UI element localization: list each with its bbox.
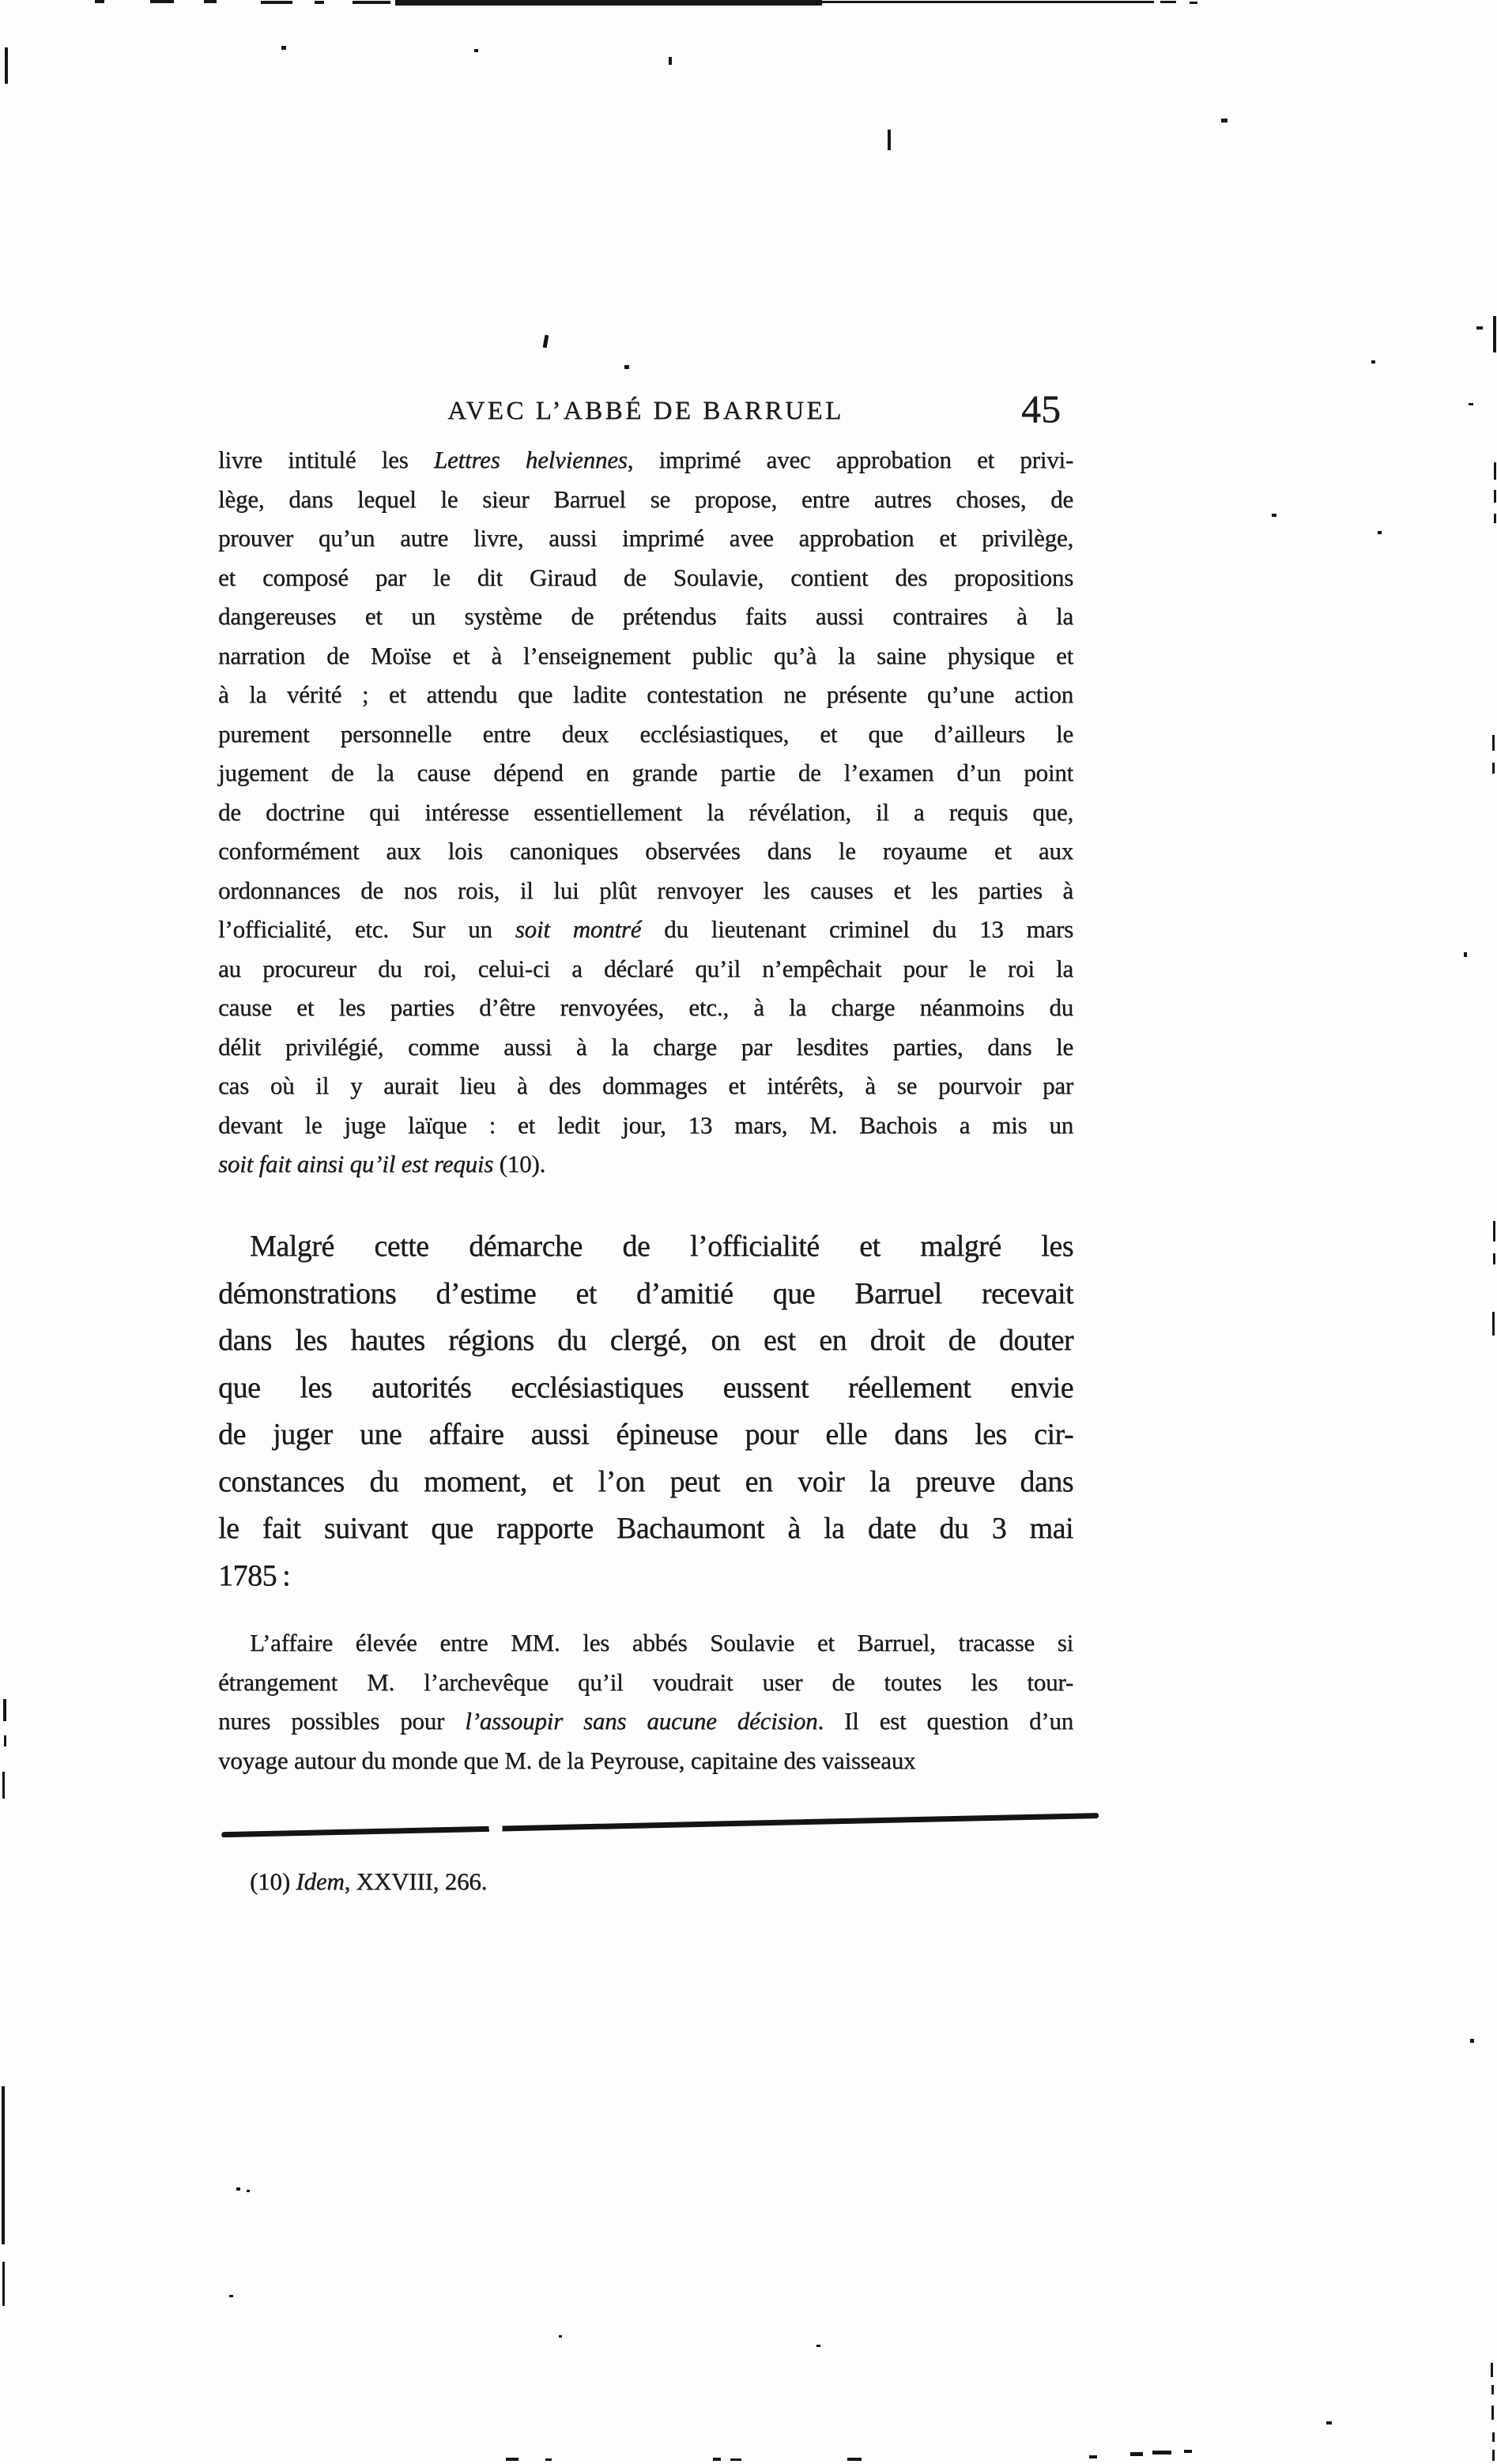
scan-speck (506, 2458, 518, 2461)
text-line: délit privilégié, comme aussi à la charg… (218, 1027, 1073, 1067)
scan-speck (2, 1772, 5, 1799)
scan-speck (888, 130, 891, 150)
text-line: le fait suivant que rapporte Bachaumont … (218, 1505, 1073, 1553)
scan-speck (229, 2295, 233, 2297)
text-line: lège, dans lequel le sieur Barruel se pr… (218, 480, 1073, 519)
scan-speck (730, 2458, 741, 2461)
scan-speck (204, 0, 217, 3)
scan-speck (1491, 2385, 1494, 2394)
scan-speck (4, 1735, 6, 1746)
text-line: dangereuses et un système de prétendus f… (218, 597, 1073, 636)
scan-speck (1476, 326, 1483, 330)
scan-speck (847, 2458, 862, 2461)
scan-speck (395, 0, 822, 6)
scan-speck (5, 47, 8, 84)
main-paragraph: Malgré cette démarche de l’officialité e… (218, 1223, 1073, 1599)
scan-speck (1371, 360, 1375, 364)
footnote-separator (221, 1813, 1099, 1837)
text-line: de juger une affaire aussi épineuse pour… (218, 1411, 1073, 1459)
text-line: conformément aux lois canoniques observé… (218, 831, 1073, 871)
scan-speck (315, 1, 324, 4)
quoted-passage-1: livre intitulé les Lettres helviennes, i… (218, 440, 1073, 1184)
scan-speck (261, 1, 292, 4)
scan-speck (559, 2335, 562, 2338)
scan-speck (1492, 2450, 1495, 2461)
text-line: au procureur du roi, celui-ci a déclaré … (218, 949, 1073, 989)
text-line: cas où il y aurait lieu à des dommages e… (218, 1066, 1073, 1106)
text-line: 1785 : (218, 1553, 1073, 1600)
scan-speck (1491, 2406, 1494, 2420)
scan-speck (1492, 763, 1495, 774)
text-line: prouver qu’un autre livre, aussi imprimé… (218, 518, 1073, 558)
scan-speck (545, 2458, 552, 2461)
scan-speck (247, 2190, 250, 2192)
text-line: dans les hautes régions du clergé, on es… (218, 1317, 1073, 1365)
text-line: (10) Idem, XXVIII, 266. (218, 1862, 1073, 1901)
footnote: (10) Idem, XXVIII, 266. (218, 1862, 1073, 1901)
text-line: ordonnances de nos rois, il lui plût ren… (218, 871, 1073, 910)
scan-speck (1378, 531, 1382, 534)
text-line: voyage autour du monde que M. de la Peyr… (218, 1741, 1073, 1780)
text-line: livre intitulé les Lettres helviennes, i… (218, 440, 1073, 480)
text-line: devant le juge laïque : et ledit jour, 1… (218, 1106, 1073, 1145)
scan-speck (543, 335, 549, 349)
scan-speck (1326, 2421, 1332, 2424)
text-line: soit fait ainsi qu’il est requis (10). (218, 1144, 1073, 1184)
text-line: narration de Moïse et à l’enseignement p… (218, 636, 1073, 676)
scan-speck (281, 46, 286, 50)
scan-speck (1492, 1312, 1495, 1336)
text-line: Malgré cette démarche de l’officialité e… (218, 1223, 1073, 1271)
text-line: l’officialité, etc. Sur un soit montré d… (218, 910, 1073, 949)
text-line: cause et les parties d’être renvoyées, e… (218, 988, 1073, 1027)
text-line: L’affaire élevée entre MM. les abbés Sou… (218, 1623, 1073, 1663)
scan-speck (624, 365, 629, 369)
text-line: purement personnelle entre deux ecclésia… (218, 714, 1073, 754)
scan-speck (822, 1, 1154, 3)
text-line: à la vérité ; et attendu que ladite cont… (218, 675, 1073, 714)
scan-speck (2, 2086, 5, 2244)
scan-speck (1089, 2455, 1097, 2458)
scan-speck (150, 0, 174, 3)
running-header: AVEC L’ABBÉ DE BARRUEL 45 (218, 397, 1073, 444)
text-line: que les autorités ecclésiastiques eussen… (218, 1365, 1073, 1412)
scan-speck (1493, 1221, 1495, 1241)
scan-speck (1464, 952, 1467, 957)
scan-speck (1160, 1, 1176, 3)
scan-speck (1190, 2, 1197, 4)
text-line: de doctrine qui intéresse essentiellemen… (218, 793, 1073, 832)
scan-speck (1493, 1253, 1495, 1264)
quoted-passage-2: L’affaire élevée entre MM. les abbés Sou… (218, 1623, 1073, 1780)
scan-speck (474, 49, 478, 52)
scan-speck (1494, 462, 1496, 480)
scan-speck (353, 1, 390, 4)
page-number: 45 (1021, 386, 1061, 431)
text-line: et composé par le dit Giraud de Soulavie… (218, 558, 1073, 597)
scan-speck (1494, 490, 1496, 503)
scan-speck (1152, 2451, 1171, 2455)
scanned-book-page: AVEC L’ABBÉ DE BARRUEL 45 livre intitulé… (0, 0, 1497, 2464)
scan-speck (3, 1699, 6, 1721)
scan-speck (1221, 119, 1227, 122)
scan-speck (95, 0, 104, 3)
scan-speck (1491, 2363, 1493, 2377)
scan-speck (1130, 2452, 1143, 2456)
text-line: démonstrations d’estime et d’amitié que … (218, 1271, 1073, 1318)
scan-speck (2, 2262, 5, 2306)
scan-speck (1492, 2432, 1495, 2442)
scan-speck (816, 2345, 820, 2347)
text-line: constances du moment, et l’on peut en vo… (218, 1459, 1073, 1506)
scan-speck (1184, 2450, 1192, 2453)
scan-speck (236, 2187, 240, 2191)
scan-speck (1494, 514, 1496, 523)
page-header-title: AVEC L’ABBÉ DE BARRUEL (218, 397, 1073, 426)
scan-speck (1470, 2039, 1474, 2043)
text-line: jugement de la cause dépend en grande pa… (218, 753, 1073, 793)
text-line: nures possibles pour l’assoupir sans auc… (218, 1701, 1073, 1741)
scan-speck (1493, 316, 1496, 352)
scan-speck (1272, 514, 1276, 517)
scan-speck (669, 57, 672, 65)
scan-speck (1469, 403, 1473, 405)
scan-speck (713, 2458, 721, 2461)
text-line: étrangement M. l’archevêque qu’il voudra… (218, 1663, 1073, 1702)
scan-speck (1492, 735, 1495, 751)
